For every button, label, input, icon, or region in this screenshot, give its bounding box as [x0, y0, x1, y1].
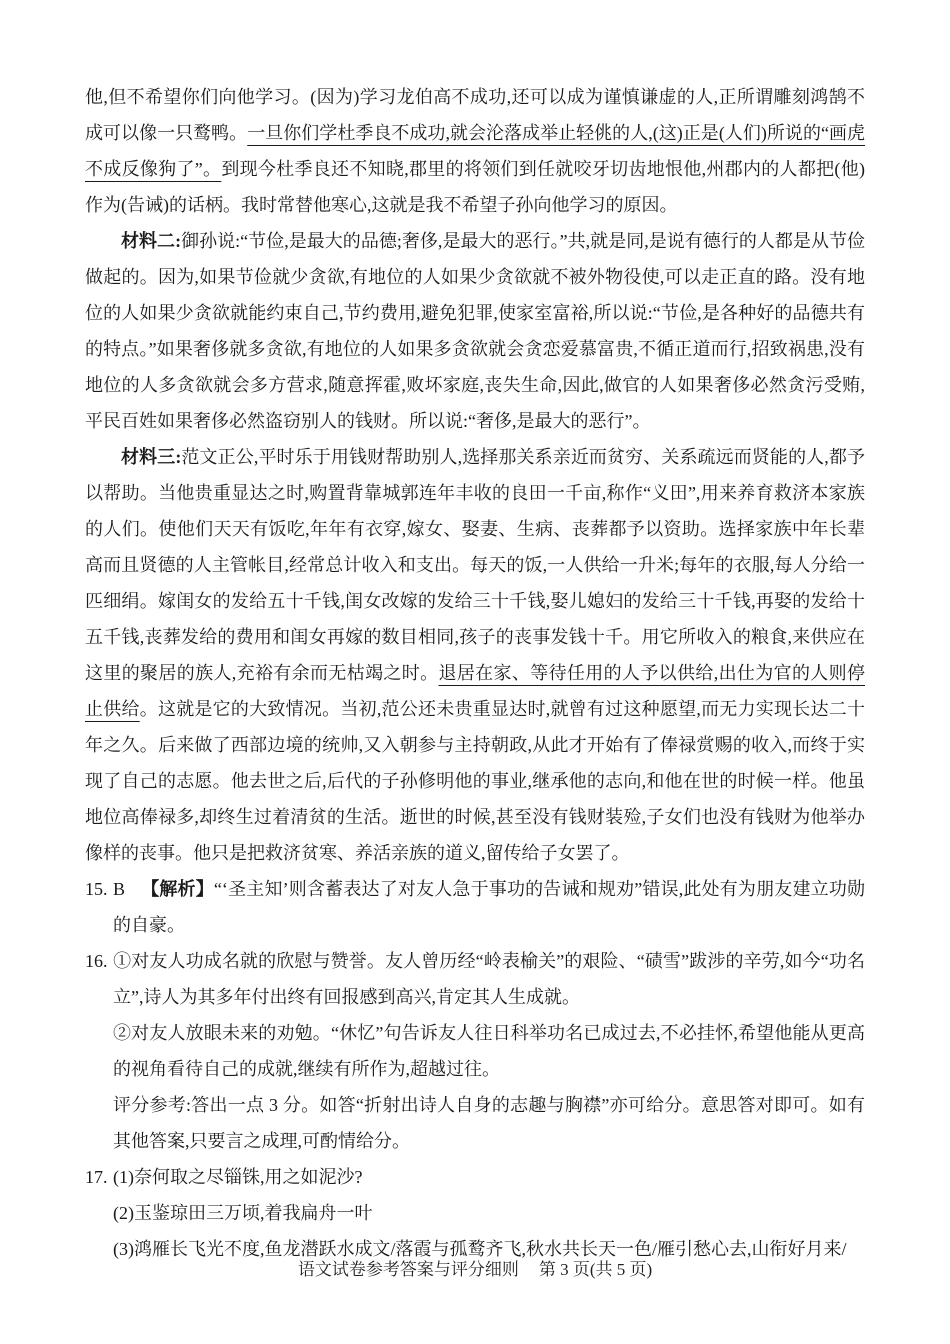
text-run: 范文正公,平时乐于用钱财帮助别人,选择那关系亲近而贫穷、关系疏远而贤能的人,都予… [85, 447, 865, 683]
answer-item-15: 15.B【解析】“‘圣主知’则含蓄表达了对友人急于事功的告诫和规劝”错误,此处有… [85, 871, 865, 943]
analysis-label: 【解析】 [141, 879, 214, 899]
text-run: ②对友人放眼未来的劝勉。“休忆”句告诉友人往日科举功名已成过去,不必挂怀,希望他… [113, 1023, 865, 1079]
footer-document-title: 语文试卷参考答案与评分细则 [298, 1260, 519, 1279]
text-run: ①对友人功成名就的欣慰与赞誉。友人曾历经“岭表榆关”的艰险、“碛雪”跋涉的辛劳,… [113, 951, 865, 1007]
answer-sheet-body: 他,但不希望你们向他学习。(因为)学习龙伯高不成功,还可以成为谨慎谦虚的人,正所… [85, 79, 865, 1267]
answer-15-paragraph: 15.B【解析】“‘圣主知’则含蓄表达了对友人急于事功的告诫和规劝”错误,此处有… [85, 871, 865, 943]
translation-material-1-continued: 他,但不希望你们向他学习。(因为)学习龙伯高不成功,还可以成为谨慎谦虚的人,正所… [85, 79, 865, 223]
answer-16-scoring-note: 评分参考:答出一点 3 分。如答“折射出诗人自身的志趣与胸襟”亦可给分。意思答对… [85, 1087, 865, 1159]
text-run: (2)玉鉴琼田三万顷,着我扁舟一叶 [113, 1203, 373, 1223]
footer-page-number: 第 3 页(共 5 页) [539, 1260, 652, 1279]
answer-item-17: 17.(1)奈何取之尽锱铢,用之如泥沙? (2)玉鉴琼田三万顷,着我扁舟一叶 (… [85, 1159, 865, 1267]
text-run: 御孙说:“节俭,是最大的品德;奢侈,是最大的恶行。”共,就是同,是说有德行的人都… [85, 231, 865, 431]
question-number: 15. [85, 871, 113, 907]
text-run: 评分参考:答出一点 3 分。如答“折射出诗人自身的志趣与胸襟”亦可给分。意思答对… [113, 1095, 865, 1151]
answer-item-16: 16.①对友人功成名就的欣慰与赞誉。友人曾历经“岭表榆关”的艰险、“碛雪”跋涉的… [85, 943, 865, 1159]
answer-16-point-1: 16.①对友人功成名就的欣慰与赞誉。友人曾历经“岭表榆关”的艰险、“碛雪”跋涉的… [85, 943, 865, 1015]
text-run: “‘圣主知’则含蓄表达了对友人急于事功的告诫和规劝”错误,此处有为朋友建立功勋的… [113, 879, 865, 935]
translation-material-2: 材料二:御孙说:“节俭,是最大的品德;奢侈,是最大的恶行。”共,就是同,是说有德… [85, 223, 865, 439]
material-3-label: 材料三: [121, 447, 181, 467]
exam-answer-page: 他,但不希望你们向他学习。(因为)学习龙伯高不成功,还可以成为谨慎谦虚的人,正所… [0, 0, 950, 1344]
question-number: 17. [85, 1159, 113, 1195]
question-number: 16. [85, 943, 113, 979]
answer-16-point-2: ②对友人放眼未来的劝勉。“休忆”句告诉友人往日科举功名已成过去,不必挂怀,希望他… [85, 1015, 865, 1087]
answer-17-line-1: 17.(1)奈何取之尽锱铢,用之如泥沙? [85, 1159, 865, 1195]
translation-material-3: 材料三:范文正公,平时乐于用钱财帮助别人,选择那关系亲近而贫穷、关系疏远而贤能的… [85, 439, 865, 871]
text-run: (1)奈何取之尽锱铢,用之如泥沙? [113, 1167, 362, 1187]
page-footer: 语文试卷参考答案与评分细则第 3 页(共 5 页) [0, 1252, 950, 1288]
material-2-label: 材料二: [121, 231, 181, 251]
answer-letter: B [113, 879, 125, 899]
text-run: 。这就是它的大致情况。当初,范公还未贵重显达时,就曾有过这种愿望,而无力实现长达… [85, 699, 865, 863]
answer-17-line-2: (2)玉鉴琼田三万顷,着我扁舟一叶 [85, 1195, 865, 1231]
